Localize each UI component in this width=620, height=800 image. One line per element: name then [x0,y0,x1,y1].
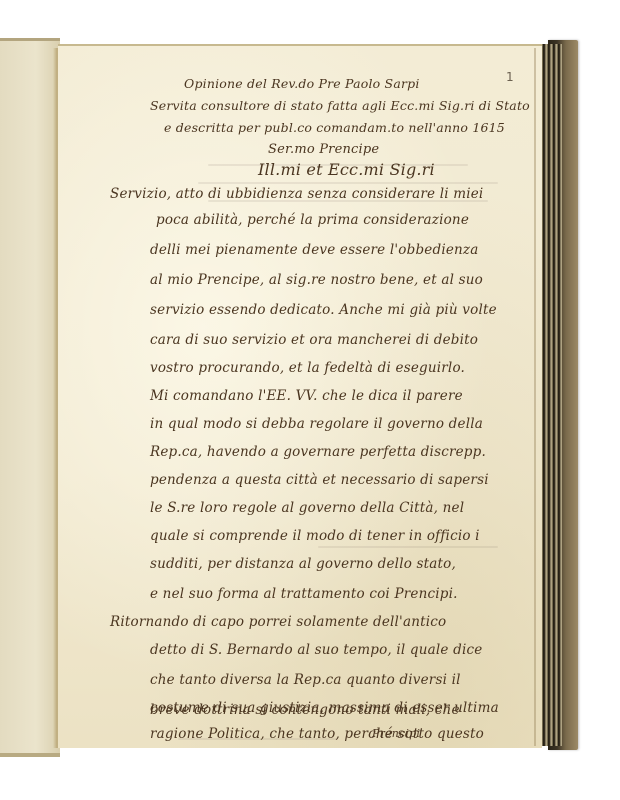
body-line: e nel suo forma al trattamento coi Prenc… [150,586,458,602]
body-line: ragione Politica, che tanto, perché sott… [150,726,484,742]
body-line: quale si comprende il modo di tener in o… [150,528,480,544]
manuscript-page: 1 Opinione del Rev.do Pre Paolo Sarpi Se… [58,44,542,748]
heading-line-3: e descritta per publ.co comandam.to nell… [164,120,505,135]
page-fold-line [534,48,536,746]
body-line: sudditi, per distanza al governo dello s… [150,556,456,572]
body-line: delli mei pienamente deve essere l'obbed… [150,242,479,258]
heading-line-2: Servita consultore di stato fatta agli E… [150,98,530,113]
body-line: poca abilità, perché la prima consideraz… [156,212,469,228]
body-line: Servizio, atto di ubbidienza senza consi… [110,186,483,202]
body-line: al mio Prencipe, al sig.re nostro bene, … [150,272,483,288]
body-line-last: breve dottrina si contengono tanti mali,… [150,702,460,718]
body-line: pendenza a questa città et necessario di… [150,472,489,488]
body-line: servizio essendo dedicato. Anche mi già … [150,302,497,318]
salutation-line-2: Ill.mi et Ecc.mi Sig.ri [258,160,435,179]
page-number: 1 [506,70,514,84]
body-line: Ritornando di capo porrei solamente dell… [110,614,446,630]
body-line: vostro procurando, et la fedeltà di eseg… [150,360,465,376]
body-line: in qual modo si debba regolare il govern… [150,416,483,432]
bleed-through [198,182,498,184]
body-line: Mi comandano l'EE. VV. che le dica il pa… [150,388,463,404]
left-flyleaf [0,38,60,757]
body-line: che tanto diversa la Rep.ca quanto diver… [150,672,461,688]
catchword: Prencipi [372,727,420,740]
bleed-through [318,546,498,548]
body-line: Rep.ca, havendo a governare perfetta dis… [150,444,486,460]
salutation-line-1: Ser.mo Prencipe [268,142,379,157]
open-book: 1 Opinione del Rev.do Pre Paolo Sarpi Se… [0,0,620,800]
body-line: detto di S. Bernardo al suo tempo, il qu… [150,642,482,658]
heading-line-1: Opinione del Rev.do Pre Paolo Sarpi [184,76,420,91]
body-line: cara di suo servizio et ora mancherei di… [150,332,478,348]
body-line: le S.re loro regole al governo della Cit… [150,500,464,516]
